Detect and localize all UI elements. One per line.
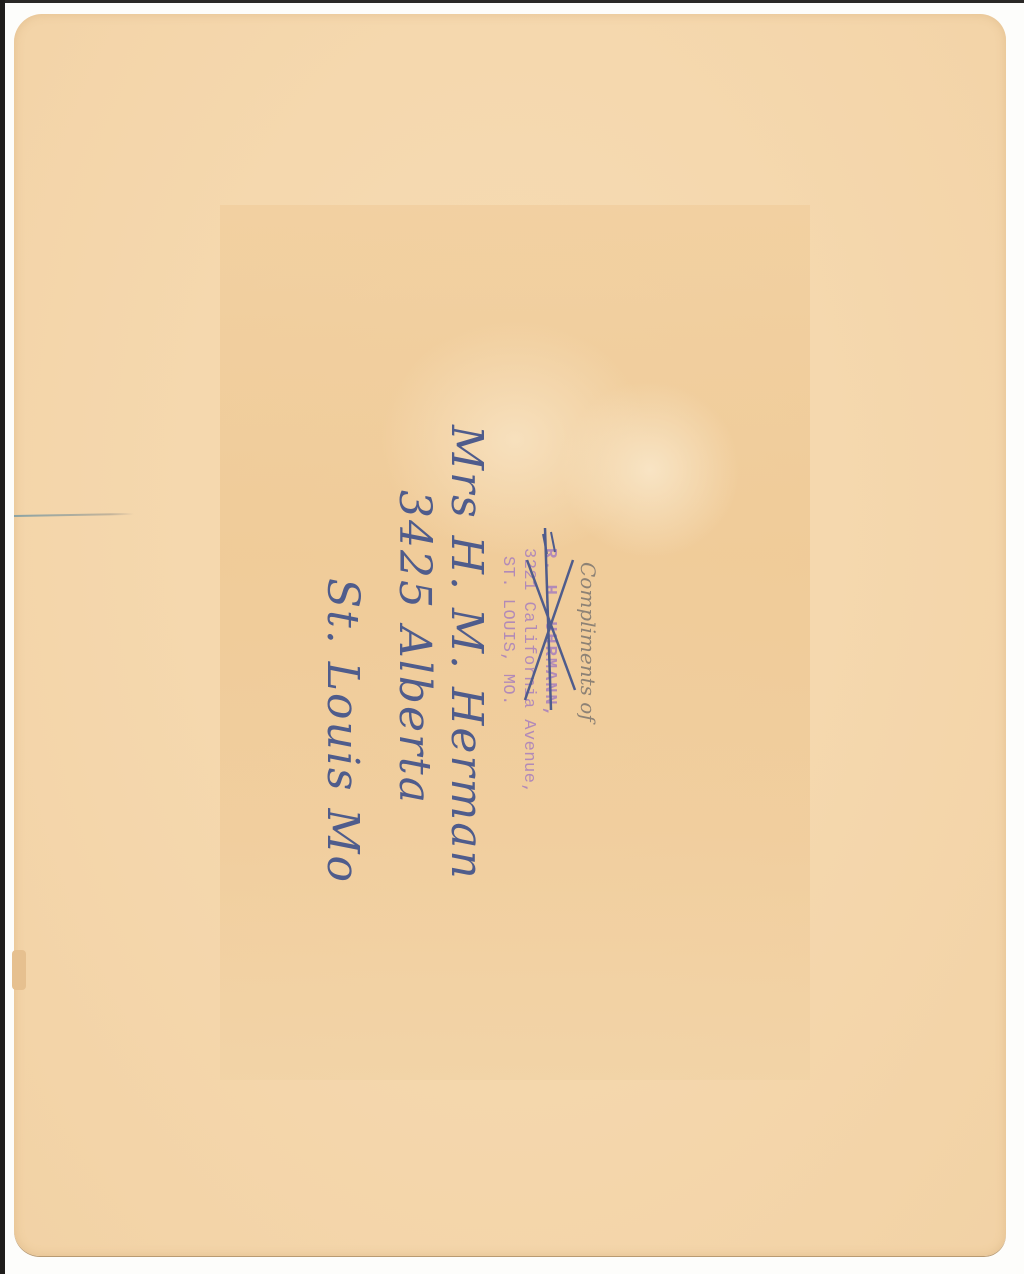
edge-stain	[12, 950, 26, 990]
handwritten-city: St. Louis Mo	[317, 578, 368, 884]
handwritten-name: Mrs H. M. Herman	[441, 425, 492, 881]
photo-bleed-highlight	[560, 380, 740, 560]
pencil-note: Compliments of	[576, 562, 600, 722]
scan-left-edge	[0, 0, 5, 1274]
scan-top-edge	[0, 0, 1024, 3]
crossout-mark	[515, 520, 585, 720]
handwritten-street: 3425 Alberta	[389, 490, 440, 805]
